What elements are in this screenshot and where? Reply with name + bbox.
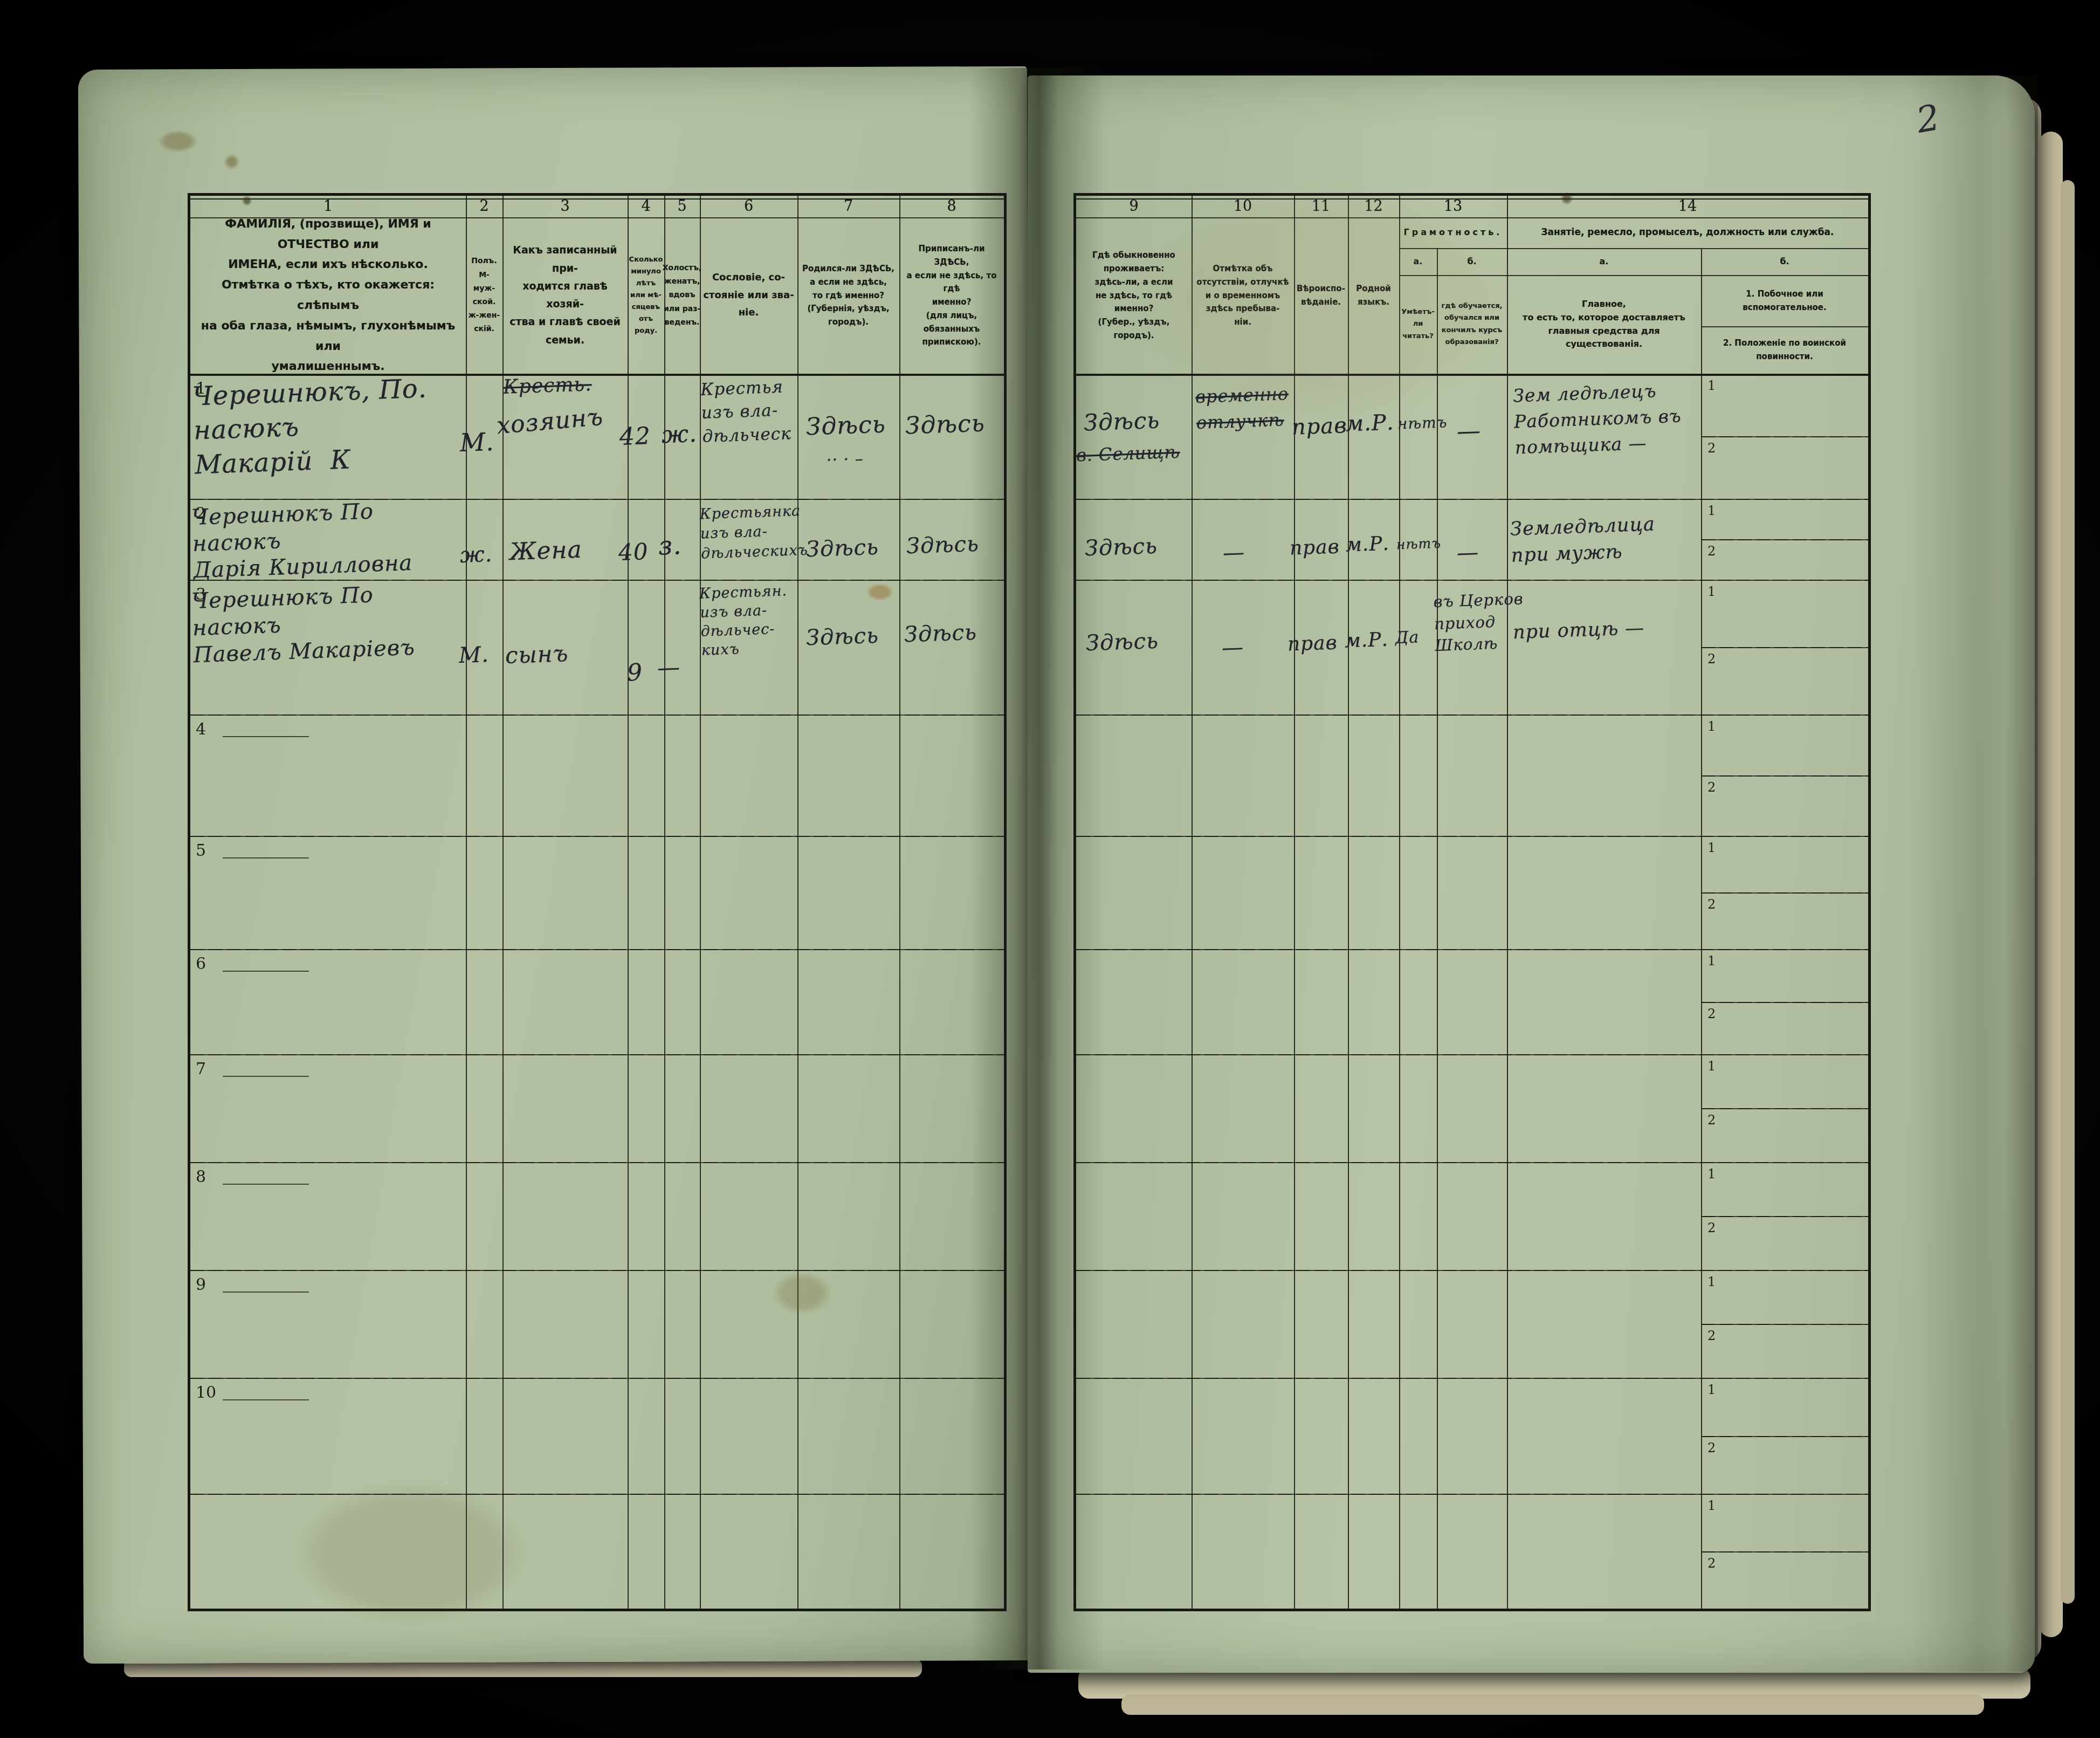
col-header-c8: Приписанъ-ли ЗДѢСЬ, а если не здѣсь, то …	[901, 217, 1002, 374]
col-number: 4	[628, 196, 664, 217]
ink-entry-r1-c10_struck: временно отлучкѣ	[1195, 381, 1290, 436]
ink-entry-r3-c6: Крестьян. изъ вла- дѣльчес- кихъ	[699, 581, 790, 660]
ink-entry-r2-c8: Здѣсь	[906, 530, 979, 561]
col-number: 8	[899, 196, 1004, 217]
subrow-digit: 1	[1707, 1498, 1716, 1513]
col-number: 11	[1294, 196, 1348, 217]
ink-entry-r2-c12: м.Р.	[1345, 532, 1390, 559]
col-header-c2: Полъ. М-муж- ской. ж-жен- скій.	[468, 217, 500, 374]
subrow-divider	[1701, 1324, 1868, 1325]
ink-entry-r2-c2: ж.	[459, 540, 493, 569]
ink-entry-r1-c6: Крестья изъ вла- дѣльческ	[700, 375, 792, 449]
grid-vline	[628, 196, 629, 1609]
col-number: 2	[466, 196, 502, 217]
ink-entry-r1-c8: Здѣсь	[905, 408, 986, 441]
row-guide-line	[223, 1292, 309, 1293]
ink-entry-r3-c4: 9	[626, 657, 643, 689]
ink-entry-r1-c14a: Зем ледѣлецъ Работникомъ въ помѣщика —	[1513, 377, 1683, 461]
ink-entry-r3-c14a: при отцѣ —	[1512, 616, 1645, 645]
subrow-digit: 2	[1707, 780, 1716, 795]
row-number: 9	[196, 1275, 206, 1294]
ink-entry-r2-c7: Здѣсь	[805, 533, 879, 564]
subrow-divider	[1701, 892, 1868, 894]
row-guide-line	[223, 971, 309, 972]
row-separator	[190, 580, 1004, 581]
subrow-divider	[1701, 1436, 1868, 1437]
col-header-c13-title: Грамотность.	[1399, 217, 1507, 248]
ink-entry-r2-c1: Черешнюкъ По насюкъ Дарія Кирилловна	[191, 497, 413, 583]
ink-entry-r1-c11: прав	[1291, 411, 1347, 442]
subrow-digit: 1	[1707, 584, 1716, 599]
row-separator	[1076, 499, 1868, 500]
subrow-digit: 2	[1707, 544, 1716, 559]
ink-entry-r3-c5: —	[657, 652, 681, 683]
subrow-divider	[1701, 1002, 1868, 1003]
page-stack-edge	[2061, 180, 2075, 1604]
subrow-digit: 1	[1707, 503, 1716, 518]
grid-hline	[1399, 275, 1868, 276]
grid-vline	[1294, 196, 1295, 1609]
census-table-left: 1ФАМИЛІЯ, (прозвище), ИМЯ и ОТЧЕСТВО или…	[188, 193, 1007, 1611]
col-header-c3: Какъ записанный при- ходится главѣ хозяй…	[505, 217, 625, 374]
ink-entry-r1-c1: Черешнюкъ, По. насюкъ Макарій К	[192, 372, 430, 482]
grid-vline	[664, 196, 665, 1609]
col-header-c13a-letter: а.	[1399, 248, 1437, 275]
row-number: 10	[196, 1383, 216, 1402]
grid-vline	[1192, 196, 1193, 1609]
ink-entry-r1-c13a: нѣтъ	[1397, 413, 1448, 434]
subrow-digit: 1	[1707, 1166, 1716, 1181]
grid-vline	[797, 196, 798, 1609]
col-header-c14-title: Занятіе, ремесло, промыселъ, должность и…	[1507, 217, 1868, 248]
col-number: 3	[502, 196, 628, 217]
page-stack-edge	[1121, 1694, 1984, 1715]
row-separator	[190, 1270, 1004, 1271]
col-header-c13a: Умѣетъ- ли читать?	[1399, 275, 1437, 374]
subrow-divider	[1701, 775, 1868, 777]
census-book-photo: 1ФАМИЛІЯ, (прозвище), ИМЯ и ОТЧЕСТВО или…	[0, 0, 2100, 1738]
ink-entry-r1-c3: хозяинъ	[495, 401, 604, 441]
subrow-divider	[1701, 1108, 1868, 1109]
row-guide-line	[223, 857, 309, 858]
row-separator	[1076, 1494, 1868, 1495]
col-header-c4: Сколько минуло лѣтъ или мѣ- сяцевъ отъ р…	[630, 217, 662, 374]
row-number: 8	[196, 1167, 206, 1186]
col-number: 13	[1399, 196, 1507, 217]
subrow-digit: 2	[1707, 441, 1716, 456]
col-number: 5	[664, 196, 700, 217]
col-number: 9	[1076, 196, 1192, 217]
ink-entry-r2-c13a: нѣтъ	[1396, 535, 1441, 554]
ink-entry-r1-c4: 42	[619, 421, 651, 452]
ink-entry-r1-c5: ж.	[661, 418, 698, 450]
page-stack-edge	[2039, 132, 2063, 1637]
row-separator	[190, 715, 1004, 716]
ink-entry-r2-c11: прав	[1289, 534, 1340, 561]
ink-entry-r2-c5: з.	[658, 528, 683, 563]
row-number: 7	[196, 1060, 206, 1078]
subrow-digit: 2	[1707, 1006, 1716, 1021]
col-header-c5: Холостъ, женатъ, вдовъ или раз- веденъ.	[666, 217, 698, 374]
row-separator	[1076, 580, 1868, 581]
grid-vline	[1399, 196, 1400, 1609]
grid-hline	[1399, 248, 1868, 249]
subrow-digit: 1	[1707, 1382, 1716, 1397]
header-bottom-rule	[1076, 374, 1868, 376]
row-separator	[190, 1162, 1004, 1163]
ink-entry-r2-c4: 40	[618, 537, 649, 567]
col-number: 7	[797, 196, 899, 217]
col-header-c9: Гдѣ обыкновенно проживаетъ: здѣсь-ли, а …	[1077, 217, 1190, 374]
col-header-c12: Родной языкъ.	[1349, 217, 1398, 374]
row-separator	[1076, 949, 1868, 950]
census-table-right: 9Гдѣ обыкновенно проживаетъ: здѣсь-ли, а…	[1073, 193, 1871, 1611]
col-header-c14b2: 2. Положеніе по воинской повинности.	[1703, 326, 1866, 374]
row-number: 4	[196, 720, 206, 739]
subrow-digit: 2	[1707, 1440, 1716, 1455]
ink-entry-r1-c7: Здѣсь	[805, 409, 886, 442]
row-number: 5	[196, 841, 206, 860]
col-header-c6: Сословіе, со- стояніе или зва- ніе.	[702, 217, 795, 374]
subrow-digit: 2	[1707, 1220, 1716, 1235]
ink-entry-r1-c12: м.Р.	[1345, 408, 1394, 438]
ink-entry-r3-c13b: въ Церков приход Школѣ	[1433, 588, 1525, 657]
subrow-divider	[1701, 539, 1868, 540]
ink-entry-r1-c7_dots: ·· · –	[826, 449, 864, 471]
col-header-c14a: Главное, то есть то, которое доставляетъ…	[1509, 275, 1699, 374]
ink-entry-r2-c6: Крестьянка изъ вла- дѣльческихъ	[699, 502, 808, 564]
subrow-digit: 1	[1707, 840, 1716, 855]
grid-vline	[1507, 196, 1508, 1609]
row-separator	[190, 1378, 1004, 1379]
col-header-c11: Вѣроиспо- вѣданіе.	[1295, 217, 1347, 374]
ink-entry-r3-c13a: Да	[1395, 627, 1420, 649]
grid-vline	[502, 196, 504, 1609]
row-separator	[1076, 1162, 1868, 1163]
ink-entry-r3-c10: —	[1221, 633, 1244, 662]
ink-entry-r2-c3: Жена	[509, 534, 583, 568]
subrow-digit: 1	[1707, 378, 1716, 393]
ink-entry-r3-c1: Черешнюкъ По насюкъ Павелъ Макаріевъ	[191, 580, 416, 669]
ink-entry-r2-c14a: Земледѣлица при мужѣ	[1510, 511, 1656, 569]
subrow-digit: 1	[1707, 1059, 1716, 1074]
ink-entry-r2-c13b: —	[1456, 538, 1479, 567]
subrow-digit: 2	[1707, 1328, 1716, 1343]
row-guide-line	[223, 736, 309, 737]
ink-entry-r1-c9: Здѣсь	[1083, 406, 1160, 438]
grid-hline	[1076, 217, 1868, 218]
grid-vline	[1348, 196, 1349, 1609]
ink-entry-r1-c9_struck: в. Селищѣ	[1076, 441, 1180, 467]
subrow-divider	[1701, 1216, 1868, 1217]
row-separator	[1076, 715, 1868, 716]
ink-entry-r3-c2: М.	[458, 641, 489, 670]
ink-entry-r3-c7: Здѣсь	[805, 622, 879, 652]
row-separator	[190, 949, 1004, 950]
subrow-digit: 2	[1707, 1556, 1716, 1571]
grid-vline	[1437, 248, 1438, 1609]
grid-hline	[1701, 326, 1868, 327]
ink-entry-r3-c3: сынъ	[505, 639, 569, 671]
subrow-divider	[1701, 1551, 1868, 1552]
ink-entry-r3-c8: Здѣсь	[904, 619, 977, 649]
ink-entry-r1-c3_struck: Кресть.	[502, 372, 592, 401]
col-header-c13b: гдѣ обучается, обучался или кончилъ курс…	[1438, 275, 1506, 374]
grid-hline	[190, 217, 1004, 218]
col-header-c14b-letter: б.	[1701, 248, 1868, 275]
subrow-divider	[1701, 436, 1868, 437]
col-header-c13b-letter: б.	[1437, 248, 1507, 275]
subrow-digit: 1	[1707, 1274, 1716, 1289]
row-separator	[190, 836, 1004, 837]
row-separator	[190, 1054, 1004, 1055]
row-separator	[190, 1494, 1004, 1495]
grid-vline	[899, 196, 900, 1609]
row-number: 6	[196, 954, 206, 973]
subrow-digit: 2	[1707, 1112, 1716, 1128]
col-number: 10	[1192, 196, 1294, 217]
col-header-c14b1: 1. Побочное или вспомогательное.	[1703, 275, 1866, 326]
row-separator	[1076, 836, 1868, 837]
subrow-digit: 1	[1707, 719, 1716, 734]
ink-entry-r2-c9: Здѣсь	[1084, 532, 1158, 563]
col-number: 6	[700, 196, 797, 217]
ink-entry-r1-c13b: —	[1456, 415, 1482, 447]
ink-entry-r3-c9: Здѣсь	[1085, 627, 1159, 658]
col-header-c10: Отмѣтка объ отсутствіи, отлучкѣ и о врем…	[1193, 217, 1293, 374]
col-number: 12	[1348, 196, 1399, 217]
grid-vline	[466, 196, 467, 1609]
row-separator	[1076, 1054, 1868, 1055]
row-separator	[190, 499, 1004, 500]
subrow-digit: 2	[1707, 651, 1716, 667]
row-guide-line	[223, 1399, 309, 1400]
col-number: 14	[1507, 196, 1868, 217]
col-header-c1: ФАМИЛІЯ, (прозвище), ИМЯ и ОТЧЕСТВО или …	[192, 217, 464, 374]
subrow-digit: 1	[1707, 953, 1716, 968]
ink-entry-r3-c12: м.Р.	[1344, 628, 1389, 655]
row-guide-line	[223, 1184, 309, 1185]
grid-vline	[1701, 248, 1702, 1609]
col-header-c14a-letter: а.	[1507, 248, 1701, 275]
row-separator	[1076, 1378, 1868, 1379]
subrow-divider	[1701, 647, 1868, 648]
ink-entry-r1-c2: М.	[459, 426, 495, 459]
row-guide-line	[223, 1076, 309, 1077]
ink-entry-r3-c11: прав	[1287, 630, 1338, 657]
row-separator	[1076, 1270, 1868, 1271]
ink-entry-r2-c10: —	[1222, 538, 1245, 567]
subrow-digit: 2	[1707, 897, 1716, 912]
col-header-c7: Родился-ли ЗДѢСЬ, а если не здѣсь, то гд…	[800, 217, 897, 374]
